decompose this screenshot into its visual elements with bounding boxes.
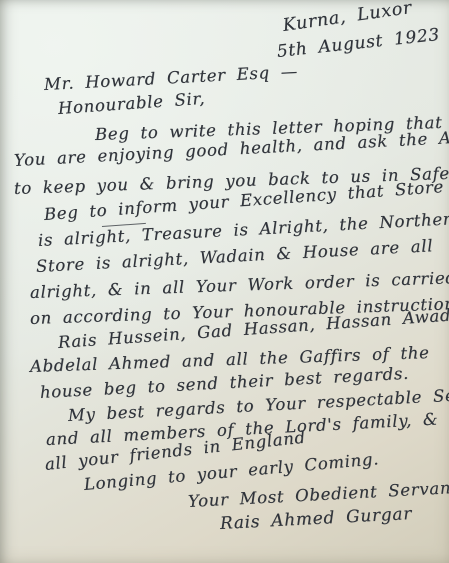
letter-recipient: Mr. Howard Carter Esq — xyxy=(44,64,299,94)
letter-salutation: Honourable Sir, xyxy=(57,91,205,118)
letter-photo: Kurna, Luxor 5th August 1923 Mr. Howard … xyxy=(0,0,449,563)
letter-signature: Rais Ahmed Gurgar xyxy=(220,506,413,533)
